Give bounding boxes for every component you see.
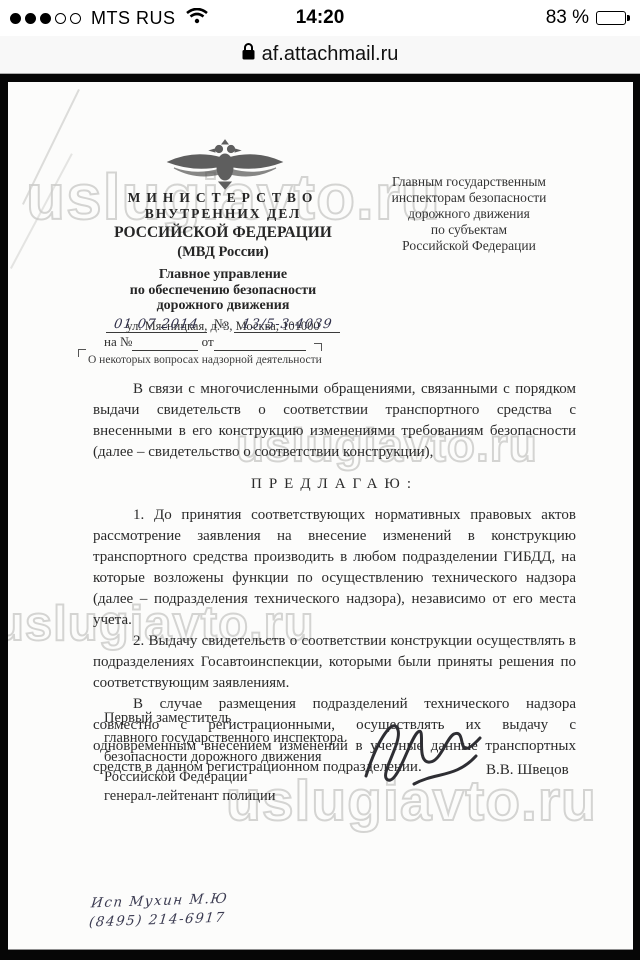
signal-dot bbox=[25, 13, 36, 24]
ministry-line: МИНИСТЕРСТВО bbox=[56, 190, 390, 206]
body-item-2: 2. Выдачу свидетельств о соответствии ко… bbox=[93, 631, 576, 694]
sender-block: МИНИСТЕРСТВО ВНУТРЕННИХ ДЕЛ РОССИЙСКОЙ Ф… bbox=[56, 190, 390, 334]
ministry-line: ВНУТРЕННИХ ДЕЛ bbox=[56, 206, 390, 222]
signer-position-line: безопасности дорожного движения bbox=[104, 748, 343, 768]
recipient-line: по субъектам bbox=[358, 222, 580, 238]
number-sign: № bbox=[214, 316, 226, 331]
body-item-1: 1. До принятия соответствующих нормативн… bbox=[93, 505, 576, 631]
status-left: MTS RUS bbox=[10, 8, 208, 29]
paper-crease bbox=[22, 89, 80, 205]
ministry-line: РОССИЙСКОЙ ФЕДЕРАЦИИ bbox=[56, 224, 390, 242]
signal-dot bbox=[55, 13, 66, 24]
ref-ot-label: от bbox=[202, 334, 214, 349]
reference-line: на № от bbox=[104, 334, 306, 351]
recipient-block: Главным государственным инспекторам безо… bbox=[358, 174, 580, 254]
browser-address-bar[interactable]: af.attachmail.ru bbox=[0, 36, 640, 74]
signer-position-line: Первый заместитель bbox=[104, 709, 343, 729]
signal-dot bbox=[70, 13, 81, 24]
signer-position-line: генерал-лейтенант полиции bbox=[104, 787, 343, 807]
executor-phone-line: (8495) 214-6917 bbox=[88, 909, 227, 933]
reg-number-handwritten: 13/5-3-4039 bbox=[240, 317, 332, 332]
scanned-letter: uslugiavto.ru uslugiavto.ru uslugiavto.r… bbox=[8, 82, 633, 950]
handwritten-signature bbox=[356, 710, 488, 800]
carrier-label: MTS RUS bbox=[91, 8, 176, 29]
executor-note: Исп Мухин М.Ю (8495) 214-6917 bbox=[88, 890, 229, 933]
department-line: по обеспечению безопасности bbox=[56, 283, 390, 299]
wifi-icon bbox=[186, 8, 208, 29]
signer-name: В.В. Швецов bbox=[486, 762, 569, 779]
lock-icon bbox=[242, 43, 255, 66]
mvd-eagle-emblem bbox=[166, 138, 284, 195]
status-bar: MTS RUS 14:20 83 % bbox=[0, 0, 640, 36]
signer-position-line: Российской Федерации bbox=[104, 768, 343, 788]
recipient-line: дорожного движения bbox=[358, 206, 580, 222]
department-line: дорожного движения bbox=[56, 298, 390, 314]
signal-dot bbox=[40, 13, 51, 24]
battery-percent-label: 83 % bbox=[546, 7, 589, 29]
reg-date-handwritten: 01 07 2014 bbox=[113, 317, 200, 332]
signal-dot bbox=[10, 13, 21, 24]
signer-position-line: главного государственного инспектора bbox=[104, 729, 343, 749]
subject-corner-mark bbox=[314, 343, 322, 351]
subject-corner-mark bbox=[78, 349, 86, 357]
url-text: af.attachmail.ru bbox=[262, 43, 399, 66]
page-background: uslugiavto.ru uslugiavto.ru uslugiavto.r… bbox=[0, 74, 640, 960]
ministry-line: (МВД России) bbox=[56, 244, 390, 261]
subject-line: О некоторых вопросах надзорной деятельно… bbox=[88, 354, 328, 366]
recipient-line: Главным государственным bbox=[358, 174, 580, 190]
department-line: Главное управление bbox=[56, 267, 390, 283]
registration-line: 01 07 2014 № 13/5-3-4039 bbox=[56, 316, 390, 332]
battery-icon bbox=[596, 11, 630, 25]
status-right: 83 % bbox=[546, 7, 630, 29]
signal-strength-icon bbox=[10, 13, 81, 24]
ref-na-label: на № bbox=[104, 334, 132, 349]
signer-position-block: Первый заместитель главного государствен… bbox=[104, 709, 343, 807]
phone-screen: MTS RUS 14:20 83 % af. bbox=[0, 0, 640, 960]
recipient-line: Российской Федерации bbox=[358, 238, 580, 254]
resolution-word: ПРЕДЛАГАЮ: bbox=[93, 474, 576, 495]
recipient-line: инспекторам безопасности bbox=[358, 190, 580, 206]
intro-paragraph: В связи с многочисленными обращениями, с… bbox=[93, 379, 576, 463]
